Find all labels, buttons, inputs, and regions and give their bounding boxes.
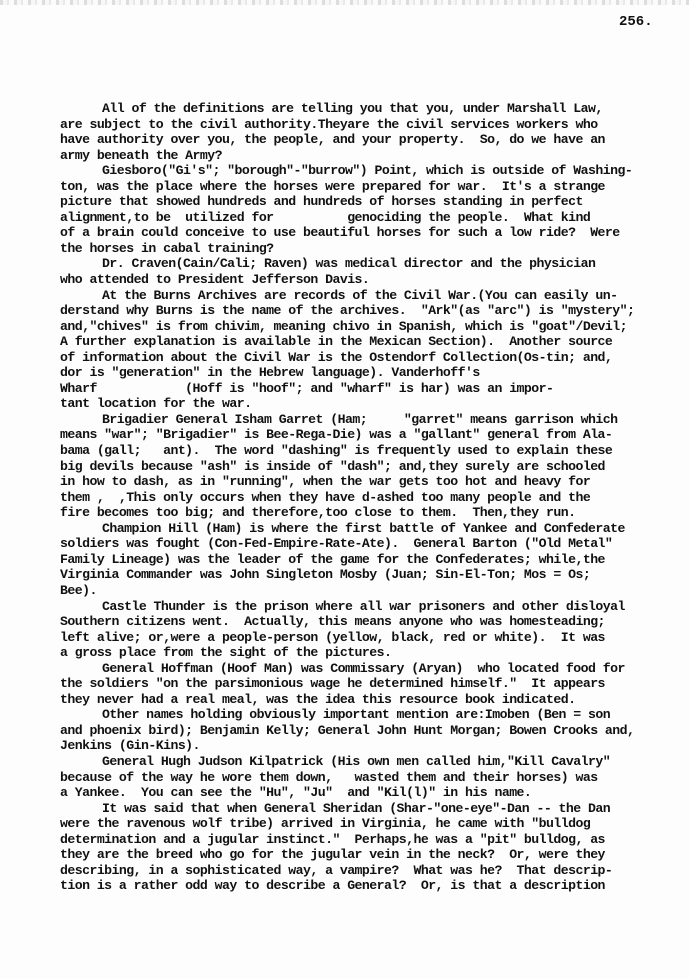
text-line: It was said that when General Sheridan (… (60, 801, 680, 817)
text-line: they never had a real meal, was the idea… (60, 692, 680, 708)
text-line: a gross place from the sight of the pict… (60, 645, 680, 661)
text-line: because of the way he wore them down, wa… (60, 770, 680, 786)
text-line: a Yankee. You can see the "Hu", "Ju" and… (60, 785, 680, 801)
text-line: Virginia Commander was John Singleton Mo… (60, 567, 680, 583)
text-line: determination and a jugular instinct." P… (60, 832, 680, 848)
text-line: Castle Thunder is the prison where all w… (60, 599, 680, 615)
text-line: fire becomes too big; and therefore,too … (60, 505, 680, 521)
text-line: Other names holding obviously important … (60, 707, 680, 723)
text-line: the soldiers "on the parsimonious wage h… (60, 676, 680, 692)
text-line: Brigadier General Isham Garret (Ham; "ga… (60, 412, 680, 428)
text-line: describing, in a sophisticated way, a va… (60, 863, 680, 879)
text-line: army beneath the Army? (60, 148, 680, 164)
text-line: Giesboro("Gi's"; "borough"-"burrow") Poi… (60, 163, 680, 179)
body-text: All of the definitions are telling you t… (60, 101, 680, 894)
text-line: Champion Hill (Ham) is where the first b… (60, 521, 680, 537)
text-line: Bee). (60, 583, 680, 599)
text-line: tion is a rather odd way to describe a G… (60, 878, 680, 894)
text-line: ton, was the place where the horses were… (60, 179, 680, 195)
text-line: were the ravenous wolf tribe) arrived in… (60, 816, 680, 832)
scan-artifact-top-edge (0, 0, 689, 5)
text-line: of a brain could conceive to use beautif… (60, 225, 680, 241)
text-line: alignment,to be utilized for genociding … (60, 210, 680, 226)
text-line: they are the breed who go for the jugula… (60, 847, 680, 863)
text-line: Southern citizens went. Actually, this m… (60, 614, 680, 630)
text-line: Dr. Craven(Cain/Cali; Raven) was medical… (60, 256, 680, 272)
text-line: and,"chives" is from chivim, meaning chi… (60, 319, 680, 335)
text-line: big devils because "ash" is inside of "d… (60, 459, 680, 475)
text-line: in how to dash, as in "running", when th… (60, 474, 680, 490)
text-line: the horses in cabal training? (60, 241, 680, 257)
text-line: are subject to the civil authority.Theya… (60, 117, 680, 133)
text-line: soldiers was fought (Con-Fed-Empire-Rate… (60, 536, 680, 552)
page-number: 256. (619, 14, 653, 30)
text-line: have authority over you, the people, and… (60, 132, 680, 148)
text-line: them , ,This only occurs when they have … (60, 490, 680, 506)
text-line: picture that showed hundreds and hundred… (60, 194, 680, 210)
text-line: dor is "generation" in the Hebrew langua… (60, 365, 680, 381)
text-line: General Hoffman (Hoof Man) was Commissar… (60, 661, 680, 677)
text-line: At the Burns Archives are records of the… (60, 288, 680, 304)
text-line: All of the definitions are telling you t… (60, 101, 680, 117)
text-line: General Hugh Judson Kilpatrick (His own … (60, 754, 680, 770)
text-line: A further explanation is available in th… (60, 334, 680, 350)
text-line: Jenkins (Gin-Kins). (60, 738, 680, 754)
text-line: means "war"; "Brigadier" is Bee-Rega-Die… (60, 427, 680, 443)
text-line: and phoenix bird); Benjamin Kelly; Gener… (60, 723, 680, 739)
text-line: derstand why Burns is the name of the ar… (60, 303, 680, 319)
text-line: bama (gall; ant). The word "dashing" is … (60, 443, 680, 459)
text-line: Family Lineage) was the leader of the ga… (60, 552, 680, 568)
text-line: left alive; or,were a people-person (yel… (60, 630, 680, 646)
text-line: Wharf (Hoff is "hoof"; and "wharf" is ha… (60, 381, 680, 397)
text-line: tant location for the war. (60, 396, 680, 412)
text-line: who attended to President Jefferson Davi… (60, 272, 680, 288)
text-line: of information about the Civil War is th… (60, 350, 680, 366)
document-page: 256. All of the definitions are telling … (0, 0, 689, 979)
